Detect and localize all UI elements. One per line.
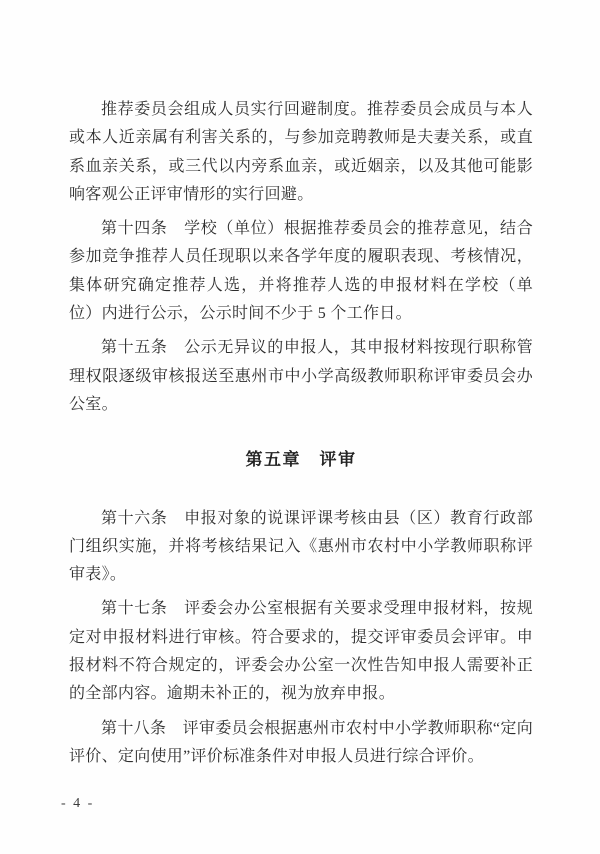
paragraph-article-17: 第十七条 评委会办公室根据有关要求受理申报材料，按规定对申报材料进行审核。符合要… <box>69 595 533 708</box>
chapter-5-heading: 第五章 评审 <box>69 446 533 474</box>
document-page: 推荐委员会组成人员实行回避制度。推荐委员会成员与本人或本人近亲属有利害关系的，与… <box>0 0 600 854</box>
paragraph-article-16: 第十六条 申报对象的说课评课考核由县（区）教育行政部门组织实施，并将考核结果记入… <box>69 505 533 590</box>
paragraph-article-18: 第十八条 评审委员会根据惠州市农村中小学教师职称“定向评价、定向使用”评价标准条… <box>69 715 533 772</box>
page-number: - 4 - <box>61 796 94 812</box>
document-body: 推荐委员会组成人员实行回避制度。推荐委员会成员与本人或本人近亲属有利害关系的，与… <box>69 96 533 771</box>
paragraph-avoidance-rule: 推荐委员会组成人员实行回避制度。推荐委员会成员与本人或本人近亲属有利害关系的，与… <box>69 96 533 209</box>
paragraph-article-15: 第十五条 公示无异议的申报人，其申报材料按现行职称管理权限逐级审核报送至惠州市中… <box>69 334 533 419</box>
paragraph-article-14: 第十四条 学校（单位）根据推荐委员会的推荐意见，结合参加竞争推荐人员任现职以来各… <box>69 215 533 328</box>
